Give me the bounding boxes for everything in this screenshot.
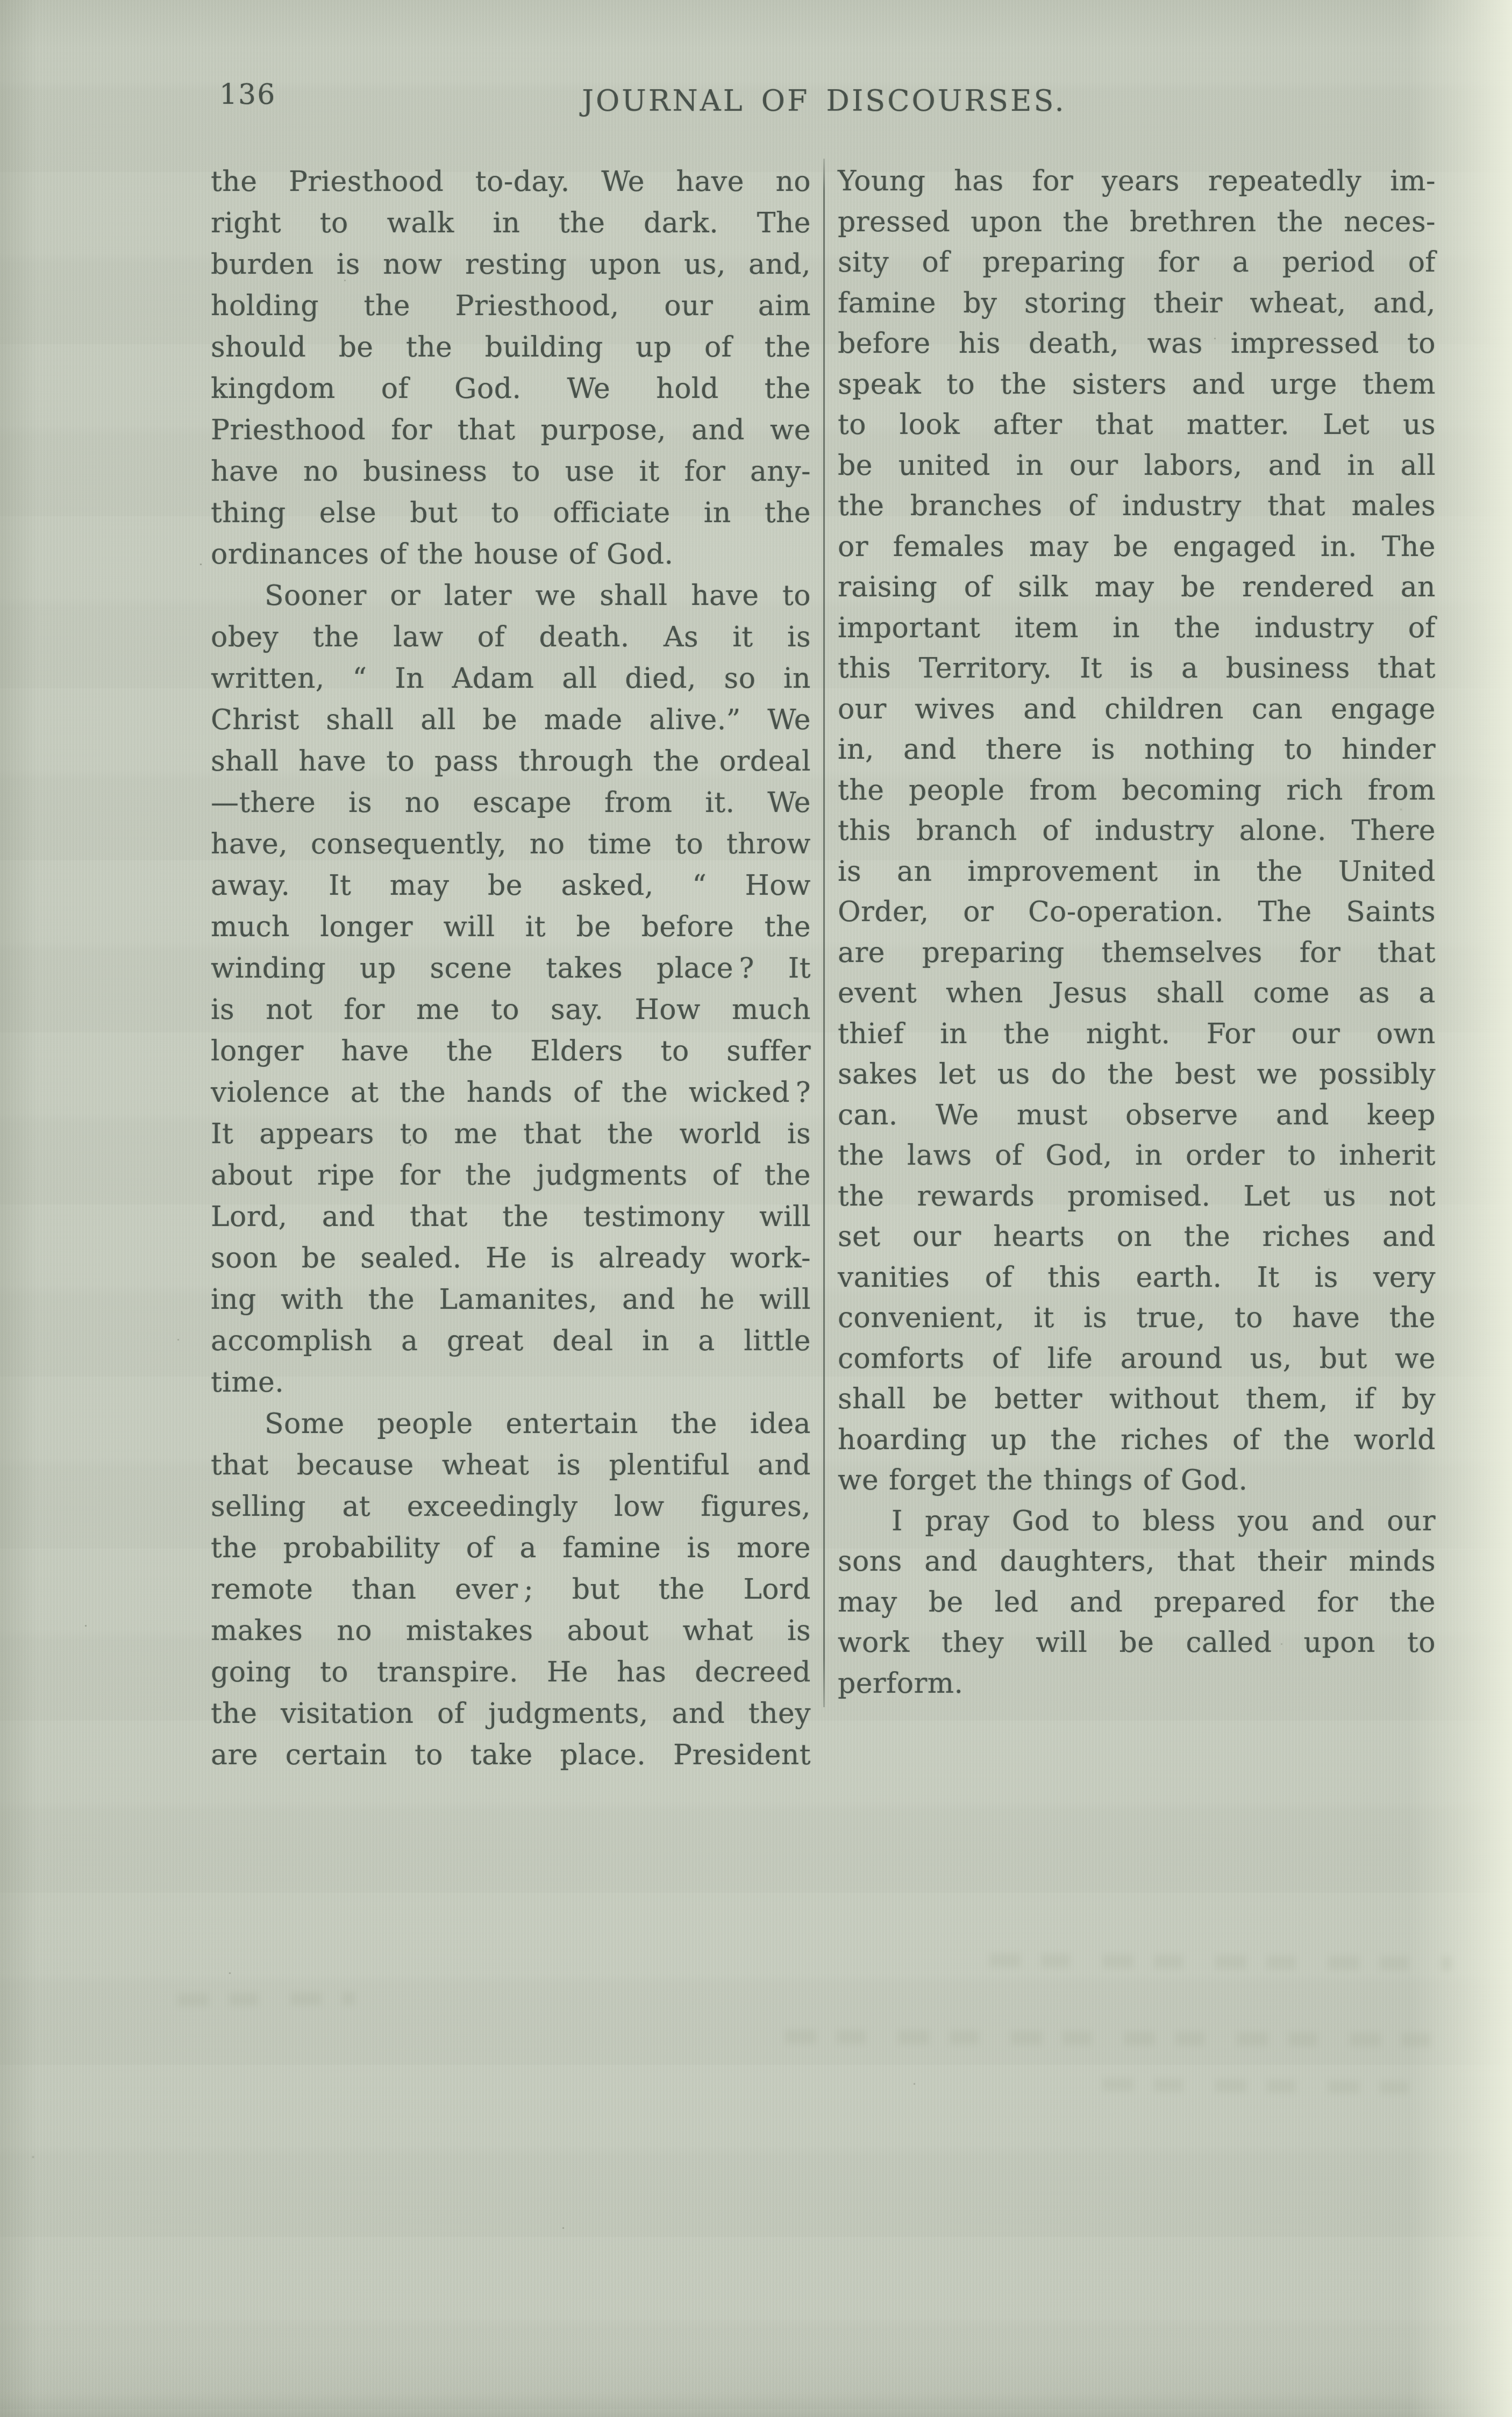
text-line: we forget the things of God. bbox=[838, 1460, 1436, 1501]
right-text-column: Young has for years repeatedly im-presse… bbox=[838, 161, 1436, 1704]
text-line: have, consequently, no time to throw bbox=[211, 824, 811, 865]
text-line: Christ shall all be made alive.” We bbox=[211, 700, 811, 741]
text-line: shall be better without them, if by bbox=[838, 1379, 1436, 1420]
text-line: to look after that matter. Let us bbox=[838, 405, 1436, 446]
text-line: the visitation of judgments, and they bbox=[211, 1693, 811, 1735]
text-line: hoarding up the riches of the world bbox=[838, 1420, 1436, 1461]
text-line: comforts of life around us, but we bbox=[838, 1339, 1436, 1380]
text-line: before his death, was impressed to bbox=[838, 324, 1436, 365]
text-line: should be the building up of the bbox=[211, 327, 811, 368]
text-line: written, “ In Adam all died, so in bbox=[211, 658, 811, 700]
scanned-book-page: { "page": { "number": "136", "header_tit… bbox=[0, 0, 1512, 2417]
text-line: raising of silk may be rendered an bbox=[838, 567, 1436, 608]
text-line: sons and daughters, that their minds bbox=[838, 1542, 1436, 1582]
text-line: makes no mistakes about what is bbox=[211, 1610, 811, 1652]
text-line: ordinances of the house of God. bbox=[211, 534, 811, 575]
text-line: violence at the hands of the wicked ? bbox=[211, 1072, 811, 1114]
text-line: longer have the Elders to suffer bbox=[211, 1031, 811, 1072]
text-line: kingdom of God. We hold the bbox=[211, 368, 811, 410]
text-line: are preparing themselves for that bbox=[838, 933, 1436, 974]
text-line: this Territory. It is a business that bbox=[838, 648, 1436, 689]
text-line: our wives and children can engage bbox=[838, 689, 1436, 730]
text-line: convenient, it is true, to have the bbox=[838, 1298, 1436, 1339]
text-line: remote than ever ; but the Lord bbox=[211, 1569, 811, 1610]
text-line: ing with the Lamanites, and he will bbox=[211, 1279, 811, 1321]
column-divider-rule bbox=[823, 159, 825, 1707]
text-line: thing else but to officiate in the bbox=[211, 493, 811, 534]
text-line: pressed upon the brethren the neces- bbox=[838, 202, 1436, 243]
text-line: have no business to use it for any- bbox=[211, 451, 811, 493]
text-line: Some people entertain the idea bbox=[211, 1403, 811, 1445]
text-line: right to walk in the dark. The bbox=[211, 203, 811, 244]
text-line: is not for me to say. How much bbox=[211, 989, 811, 1031]
text-line: event when Jesus shall come as a bbox=[838, 973, 1436, 1014]
text-line: important item in the industry of bbox=[838, 608, 1436, 649]
text-line: the rewards promised. Let us not bbox=[838, 1177, 1436, 1217]
text-line: Priesthood for that purpose, and we bbox=[211, 410, 811, 451]
text-line: away. It may be asked, “ How bbox=[211, 865, 811, 907]
text-line: time. bbox=[211, 1362, 811, 1403]
text-line: may be led and prepared for the bbox=[838, 1582, 1436, 1623]
text-line: can. We must observe and keep bbox=[838, 1095, 1436, 1136]
text-line: set our hearts on the riches and bbox=[838, 1217, 1436, 1258]
paper-speckles bbox=[0, 0, 2, 2]
text-line: work they will be called upon to bbox=[838, 1623, 1436, 1664]
text-line: vanities of this earth. It is very bbox=[838, 1258, 1436, 1299]
text-line: much longer will it be before the bbox=[211, 907, 811, 948]
text-line: obey the law of death. As it is bbox=[211, 617, 811, 658]
text-line: It appears to me that the world is bbox=[211, 1114, 811, 1155]
text-line: going to transpire. He has decreed bbox=[211, 1652, 811, 1693]
text-line: perform. bbox=[838, 1664, 1436, 1705]
text-line: Lord, and that the testimony will bbox=[211, 1196, 811, 1238]
text-line: are certain to take place. President bbox=[211, 1735, 811, 1776]
text-line: famine by storing their wheat, and, bbox=[838, 283, 1436, 324]
text-line: or females may be engaged in. The bbox=[838, 527, 1436, 568]
text-line: about ripe for the judgments of the bbox=[211, 1155, 811, 1196]
text-line: the Priesthood to-day. We have no bbox=[211, 161, 811, 203]
text-line: Order, or Co-operation. The Saints bbox=[838, 892, 1436, 933]
text-line: is an improvement in the United bbox=[838, 852, 1436, 893]
text-line: —there is no escape from it. We bbox=[211, 782, 811, 824]
text-line: soon be sealed. He is already work- bbox=[211, 1238, 811, 1279]
text-line: thief in the night. For our own bbox=[838, 1014, 1436, 1055]
text-line: in, and there is nothing to hinder bbox=[838, 730, 1436, 771]
text-line: the branches of industry that males bbox=[838, 486, 1436, 527]
left-text-column: the Priesthood to-day. We have noright t… bbox=[211, 161, 811, 1776]
text-line: winding up scene takes place ? It bbox=[211, 948, 811, 989]
text-line: the laws of God, in order to inherit bbox=[838, 1136, 1436, 1177]
text-line: this branch of industry alone. There bbox=[838, 811, 1436, 852]
text-line: Young has for years repeatedly im- bbox=[838, 161, 1436, 202]
text-line: accomplish a great deal in a little bbox=[211, 1321, 811, 1362]
text-line: holding the Priesthood, our aim bbox=[211, 286, 811, 327]
text-line: selling at exceedingly low figures, bbox=[211, 1486, 811, 1528]
text-line: shall have to pass through the ordeal bbox=[211, 741, 811, 782]
text-line: be united in our labors, and in all bbox=[838, 446, 1436, 487]
text-line: that because wheat is plentiful and bbox=[211, 1445, 811, 1486]
text-line: burden is now resting upon us, and, bbox=[211, 244, 811, 286]
text-line: sity of preparing for a period of bbox=[838, 243, 1436, 283]
text-line: sakes let us do the best we possibly bbox=[838, 1054, 1436, 1095]
text-line: the probability of a famine is more bbox=[211, 1528, 811, 1569]
text-line: speak to the sisters and urge them bbox=[838, 365, 1436, 405]
text-line: the people from becoming rich from bbox=[838, 771, 1436, 811]
running-header-title: JOURNAL OF DISCOURSES. bbox=[210, 86, 1438, 116]
text-line: Sooner or later we shall have to bbox=[211, 575, 811, 617]
text-line: I pray God to bless you and our bbox=[838, 1501, 1436, 1542]
